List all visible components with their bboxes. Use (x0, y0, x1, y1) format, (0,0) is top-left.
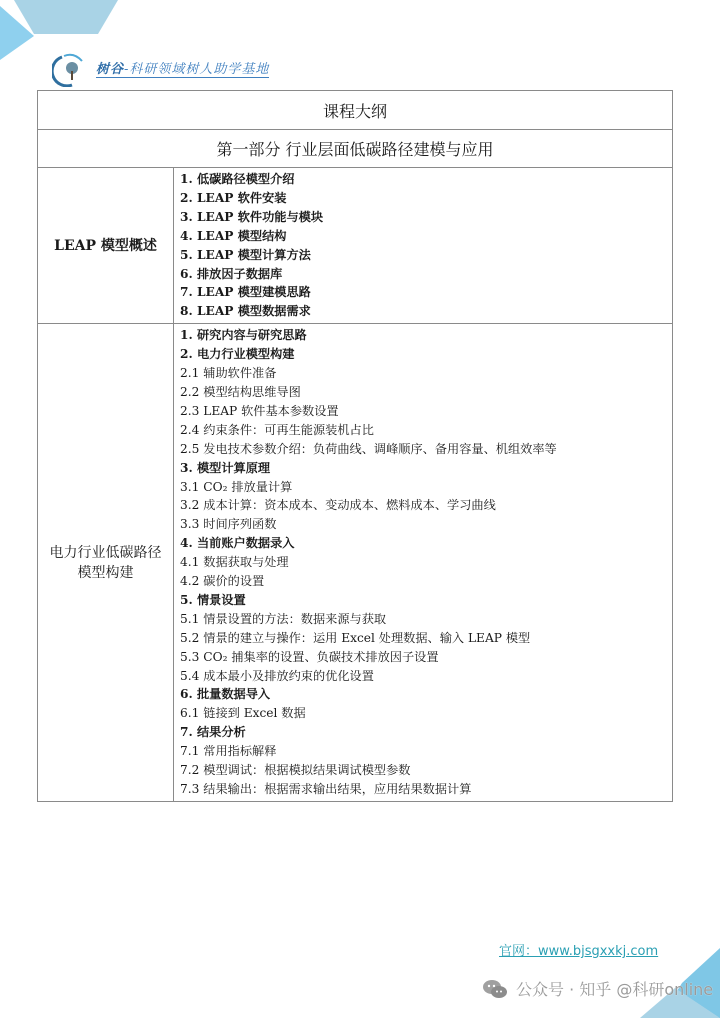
list-item: 2. LEAP 软件安装 (180, 189, 672, 208)
list-item: 5.1 情景设置的方法：数据来源与获取 (180, 610, 672, 629)
list-item: 2.2 模型结构思维导图 (180, 383, 672, 402)
wechat-icon (482, 979, 508, 999)
list-item: 6. 排放因子数据库 (180, 265, 672, 284)
list-item: 5.2 情景的建立与操作：运用 Excel 处理数据、输入 LEAP 模型 (180, 629, 672, 648)
corner-decoration-top-left (0, 0, 120, 60)
section-row-power-sector: 电力行业低碳路径模型构建 1. 研究内容与研究思路 2. 电力行业模型构建 2.… (38, 324, 673, 802)
list-item: 7. LEAP 模型建模思路 (180, 283, 672, 302)
list-item: 5.4 成本最小及排放约束的优化设置 (180, 667, 672, 686)
list-item: 4.1 数据获取与处理 (180, 553, 672, 572)
list-item: 2.5 发电技术参数介绍：负荷曲线、调峰顺序、备用容量、机组效率等 (180, 440, 672, 459)
list-item: 7.2 模型调试：根据模拟结果调试模型参数 (180, 761, 672, 780)
logo-text: 树谷-科研领域树人助学基地 (96, 63, 269, 78)
list-item: 7.3 结果输出：根据需求输出结果，应用结果数据计算 (180, 780, 672, 799)
list-item: 4. 当前账户数据录入 (180, 534, 672, 553)
list-item: 6. 批量数据导入 (180, 685, 672, 704)
website-link[interactable]: 官网：www.bjsgxxkj.com (499, 940, 658, 959)
list-item: 3. LEAP 软件功能与模块 (180, 208, 672, 227)
website-label: 官网： (499, 944, 538, 959)
list-item: 6.1 链接到 Excel 数据 (180, 704, 672, 723)
list-item: 4.2 碳价的设置 (180, 572, 672, 591)
tree-globe-logo-icon (52, 53, 88, 87)
watermark-text: 公众号 · 知乎 @科研online (516, 977, 713, 1000)
course-outline-table: 课程大纲 第一部分 行业层面低碳路径建模与应用 LEAP 模型概述 1. 低碳路… (37, 90, 673, 802)
list-item: 5. 情景设置 (180, 591, 672, 610)
list-item: 1. 研究内容与研究思路 (180, 326, 672, 345)
list-item: 1. 低碳路径模型介绍 (180, 170, 672, 189)
list-item: 2.4 约束条件：可再生能源装机占比 (180, 421, 672, 440)
list-item: 2.1 辅助软件准备 (180, 364, 672, 383)
list-item: 3.2 成本计算：资本成本、变动成本、燃料成本、学习曲线 (180, 496, 672, 515)
list-item: 5. LEAP 模型计算方法 (180, 246, 672, 265)
list-item: 4. LEAP 模型结构 (180, 227, 672, 246)
list-item: 7. 结果分析 (180, 723, 672, 742)
section-items: 1. 研究内容与研究思路 2. 电力行业模型构建 2.1 辅助软件准备 2.2 … (174, 324, 673, 802)
section-label: LEAP 模型概述 (38, 168, 174, 324)
list-item: 8. LEAP 模型数据需求 (180, 302, 672, 321)
part-title: 第一部分 行业层面低碳路径建模与应用 (38, 130, 673, 168)
list-item: 3.1 CO₂ 排放量计算 (180, 478, 672, 497)
list-item: 7.1 常用指标解释 (180, 742, 672, 761)
list-item: 2.3 LEAP 软件基本参数设置 (180, 402, 672, 421)
brand-logo: 树谷-科研领域树人助学基地 (52, 53, 269, 87)
outline-title: 课程大纲 (38, 91, 673, 130)
list-item: 3. 模型计算原理 (180, 459, 672, 478)
section-label: 电力行业低碳路径模型构建 (38, 324, 174, 802)
list-item: 5.3 CO₂ 捕集率的设置、负碳技术排放因子设置 (180, 648, 672, 667)
list-item: 2. 电力行业模型构建 (180, 345, 672, 364)
section-row-leap-overview: LEAP 模型概述 1. 低碳路径模型介绍 2. LEAP 软件安装 3. LE… (38, 168, 673, 324)
section-items: 1. 低碳路径模型介绍 2. LEAP 软件安装 3. LEAP 软件功能与模块… (174, 168, 673, 324)
list-item: 3.3 时间序列函数 (180, 515, 672, 534)
watermark: 公众号 · 知乎 @科研online (482, 977, 713, 1000)
website-url[interactable]: www.bjsgxxkj.com (538, 944, 658, 959)
